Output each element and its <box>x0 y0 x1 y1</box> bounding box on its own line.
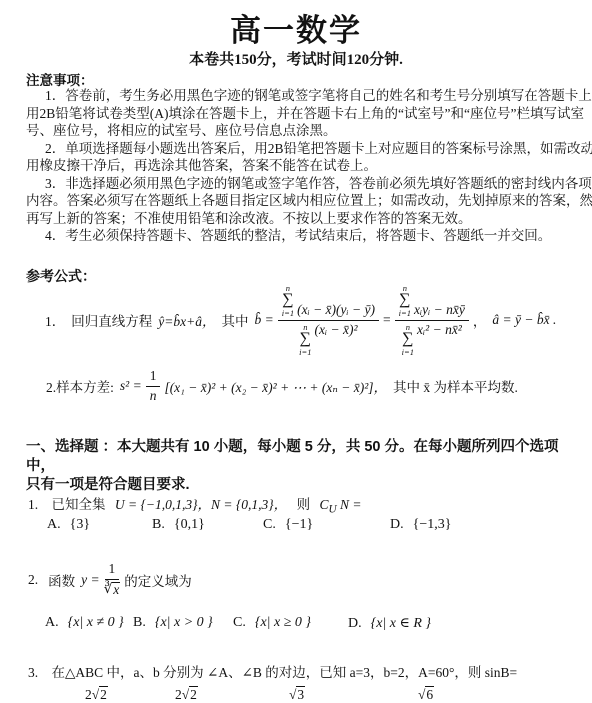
option-b: B.{0,1} <box>152 517 205 533</box>
sum-symbol: n ∑ i=1 <box>402 323 414 357</box>
question-number: 2. <box>28 572 38 588</box>
notice-heading: 注意事项： <box>26 69 94 89</box>
question-1-tail: N = <box>340 497 362 512</box>
formula-number: 2.样本方差: <box>46 376 114 396</box>
option-a: A.{3} <box>47 517 90 533</box>
ahat-equation: â = ȳ − b̂x̄ . <box>492 312 556 328</box>
question-1-pre: 已知全集 <box>52 497 106 512</box>
question-2-lhs: y = <box>81 572 99 588</box>
variance-lhs: s² = <box>120 378 142 394</box>
radicand: x <box>112 582 120 598</box>
question-2-post: 的定义域为 <box>124 570 192 590</box>
question-number: 1. <box>28 497 38 512</box>
partial-option-d: √6 <box>418 687 434 703</box>
where-label: 其中 <box>221 310 248 330</box>
partial-option-b: 2√2 <box>175 687 198 703</box>
question-3-stem: 在△ABC 中，a、b 分别为 ∠A、∠B 的对边，已知 a=3，b=2，A=6… <box>52 665 518 680</box>
partial-option-a: 2√2 <box>85 687 108 703</box>
notice-line: 4．考生必须保持答题卡、答题纸的整洁，考试结束后，将答题卡、答题纸一并交回。 <box>26 227 574 245</box>
notice-line: 2．单项选择题每小题选出答案后，用2B铅笔把答题卡上对应题目的答案标号涂黑，如需… <box>26 140 574 158</box>
variance-tail: 其中 x̄ 为样本平均数. <box>393 376 518 396</box>
notice-line: 1．答卷前，考生务必用黑色字迹的钢笔或签字笔将自己的姓名和考生号分别填写在答题卡… <box>26 87 574 105</box>
option-c: C.{x| x ≥ 0 } <box>233 615 311 631</box>
option-d: D.{x| x ∈ R } <box>348 615 431 632</box>
bhat-equals: b̂ = <box>254 312 273 328</box>
fraction-numerator: (xᵢ − x̄)(yᵢ − ȳ) <box>297 303 375 318</box>
one-over-n-fraction: 1 n <box>146 369 161 404</box>
sum-symbol: n ∑ i=1 <box>282 284 294 318</box>
regression-fraction-2: n ∑ i=1 xᵢyᵢ − nx̄ȳ n ∑ i=1 xᵢ² − nx̄² <box>395 284 469 357</box>
notice-line: 内容。答案必须写在答题纸上各题目指定区域内相应位置上；如需改动，先划掉原来的答案… <box>26 192 574 210</box>
option-b: B.{x| x > 0 } <box>133 615 213 631</box>
notice-line: 号、座位号，将相应的试室号、座位号信息点涂黑。 <box>26 122 574 140</box>
sum-symbol: n ∑ i=1 <box>399 284 411 318</box>
section-heading-line-1: 一、选择题 ：本大题共有 10 小题，每小题 5 分，共 50 分。在每小题所列… <box>26 438 570 476</box>
exam-paper-page: 高一数学 本卷共150分，考试时间120分钟. 注意事项： 1．答卷前，考生务必… <box>0 0 592 703</box>
question-3: 3. 在△ABC 中，a、b 分别为 ∠A、∠B 的对边，已知 a=3，b=2，… <box>28 661 517 681</box>
section-heading: 一、选择题 ：本大题共有 10 小题，每小题 5 分，共 50 分。在每小题所列… <box>26 438 570 495</box>
question-1-then: 则 <box>297 497 311 512</box>
regression-equation: ŷ=b̂x+â， <box>158 310 215 330</box>
notice-list: 1．答卷前，考生务必用黑色字迹的钢笔或签字笔将自己的姓名和考生号分别填写在答题卡… <box>26 87 574 245</box>
option-a: A.{x| x ≠ 0 } <box>45 615 124 631</box>
question-2-fraction: 1 ∛x <box>104 562 121 598</box>
regression-formula: 1． 回归直线方程 ŷ=b̂x+â， 其中 b̂ = n ∑ i=1 (xᵢ −… <box>45 286 556 354</box>
page-title: 高一数学 <box>0 5 592 50</box>
question-2-pre: 函数 <box>48 570 75 590</box>
complement-subscript: U <box>328 504 336 516</box>
comma: ， <box>473 310 487 330</box>
fraction-numerator: xᵢyᵢ − nx̄ȳ <box>414 303 465 318</box>
exam-subtitle: 本卷共150分，考试时间120分钟. <box>0 48 592 69</box>
regression-intro: 回归直线方程 <box>71 310 152 330</box>
sum-symbol: n ∑ i=1 <box>299 323 311 357</box>
question-2: 2. 函数 y = 1 ∛x 的定义域为 <box>28 562 192 598</box>
question-1: 1. 已知全集 U = {−1,0,1,3}，N = {0,1,3}， 则 CU… <box>28 493 361 516</box>
notice-line: 用2B铅笔将试卷类型(A)填涂在答题卡上，并在答题卡右上角的“试室号”和“座位号… <box>26 105 574 123</box>
formula-number: 1． <box>45 310 65 330</box>
variance-formula: 2.样本方差: s² = 1 n [(x₁ − x̄)² + (x₂ − x̄)… <box>46 366 518 406</box>
fraction-denominator: xᵢ² − nx̄² <box>417 323 462 338</box>
partial-option-c: √3 <box>289 687 305 703</box>
question-number: 3. <box>28 665 38 680</box>
question-1-sets: U = {−1,0,1,3}，N = {0,1,3}， <box>115 497 287 512</box>
option-c: C.{−1} <box>263 517 313 533</box>
fraction-denominator: (xᵢ − x̄)² <box>315 323 358 338</box>
option-d: D.{−1,3} <box>390 517 451 533</box>
cube-root-symbol: ∛ <box>104 582 113 597</box>
reference-formulas-heading: 参考公式： <box>26 266 96 286</box>
notice-line: 3．非选择题必须用黑色字迹的钢笔或签字笔作答，答卷前必须先填好答题纸的密封线内各… <box>26 175 574 193</box>
notice-line: 用橡皮擦干净后，再选涂其他答案，答案不能答在试卷上。 <box>26 157 574 175</box>
equals-sign: = <box>383 312 391 328</box>
variance-body: [(x₁ − x̄)² + (x₂ − x̄)² + ⋯ + (xₙ − x̄)… <box>164 376 387 396</box>
notice-line: 再写上新的答案；不准使用铅笔和涂改液。不按以上要求作答的答案无效。 <box>26 210 574 228</box>
regression-fraction-1: n ∑ i=1 (xᵢ − x̄)(yᵢ − ȳ) n ∑ i=1 (xᵢ − … <box>278 284 379 357</box>
